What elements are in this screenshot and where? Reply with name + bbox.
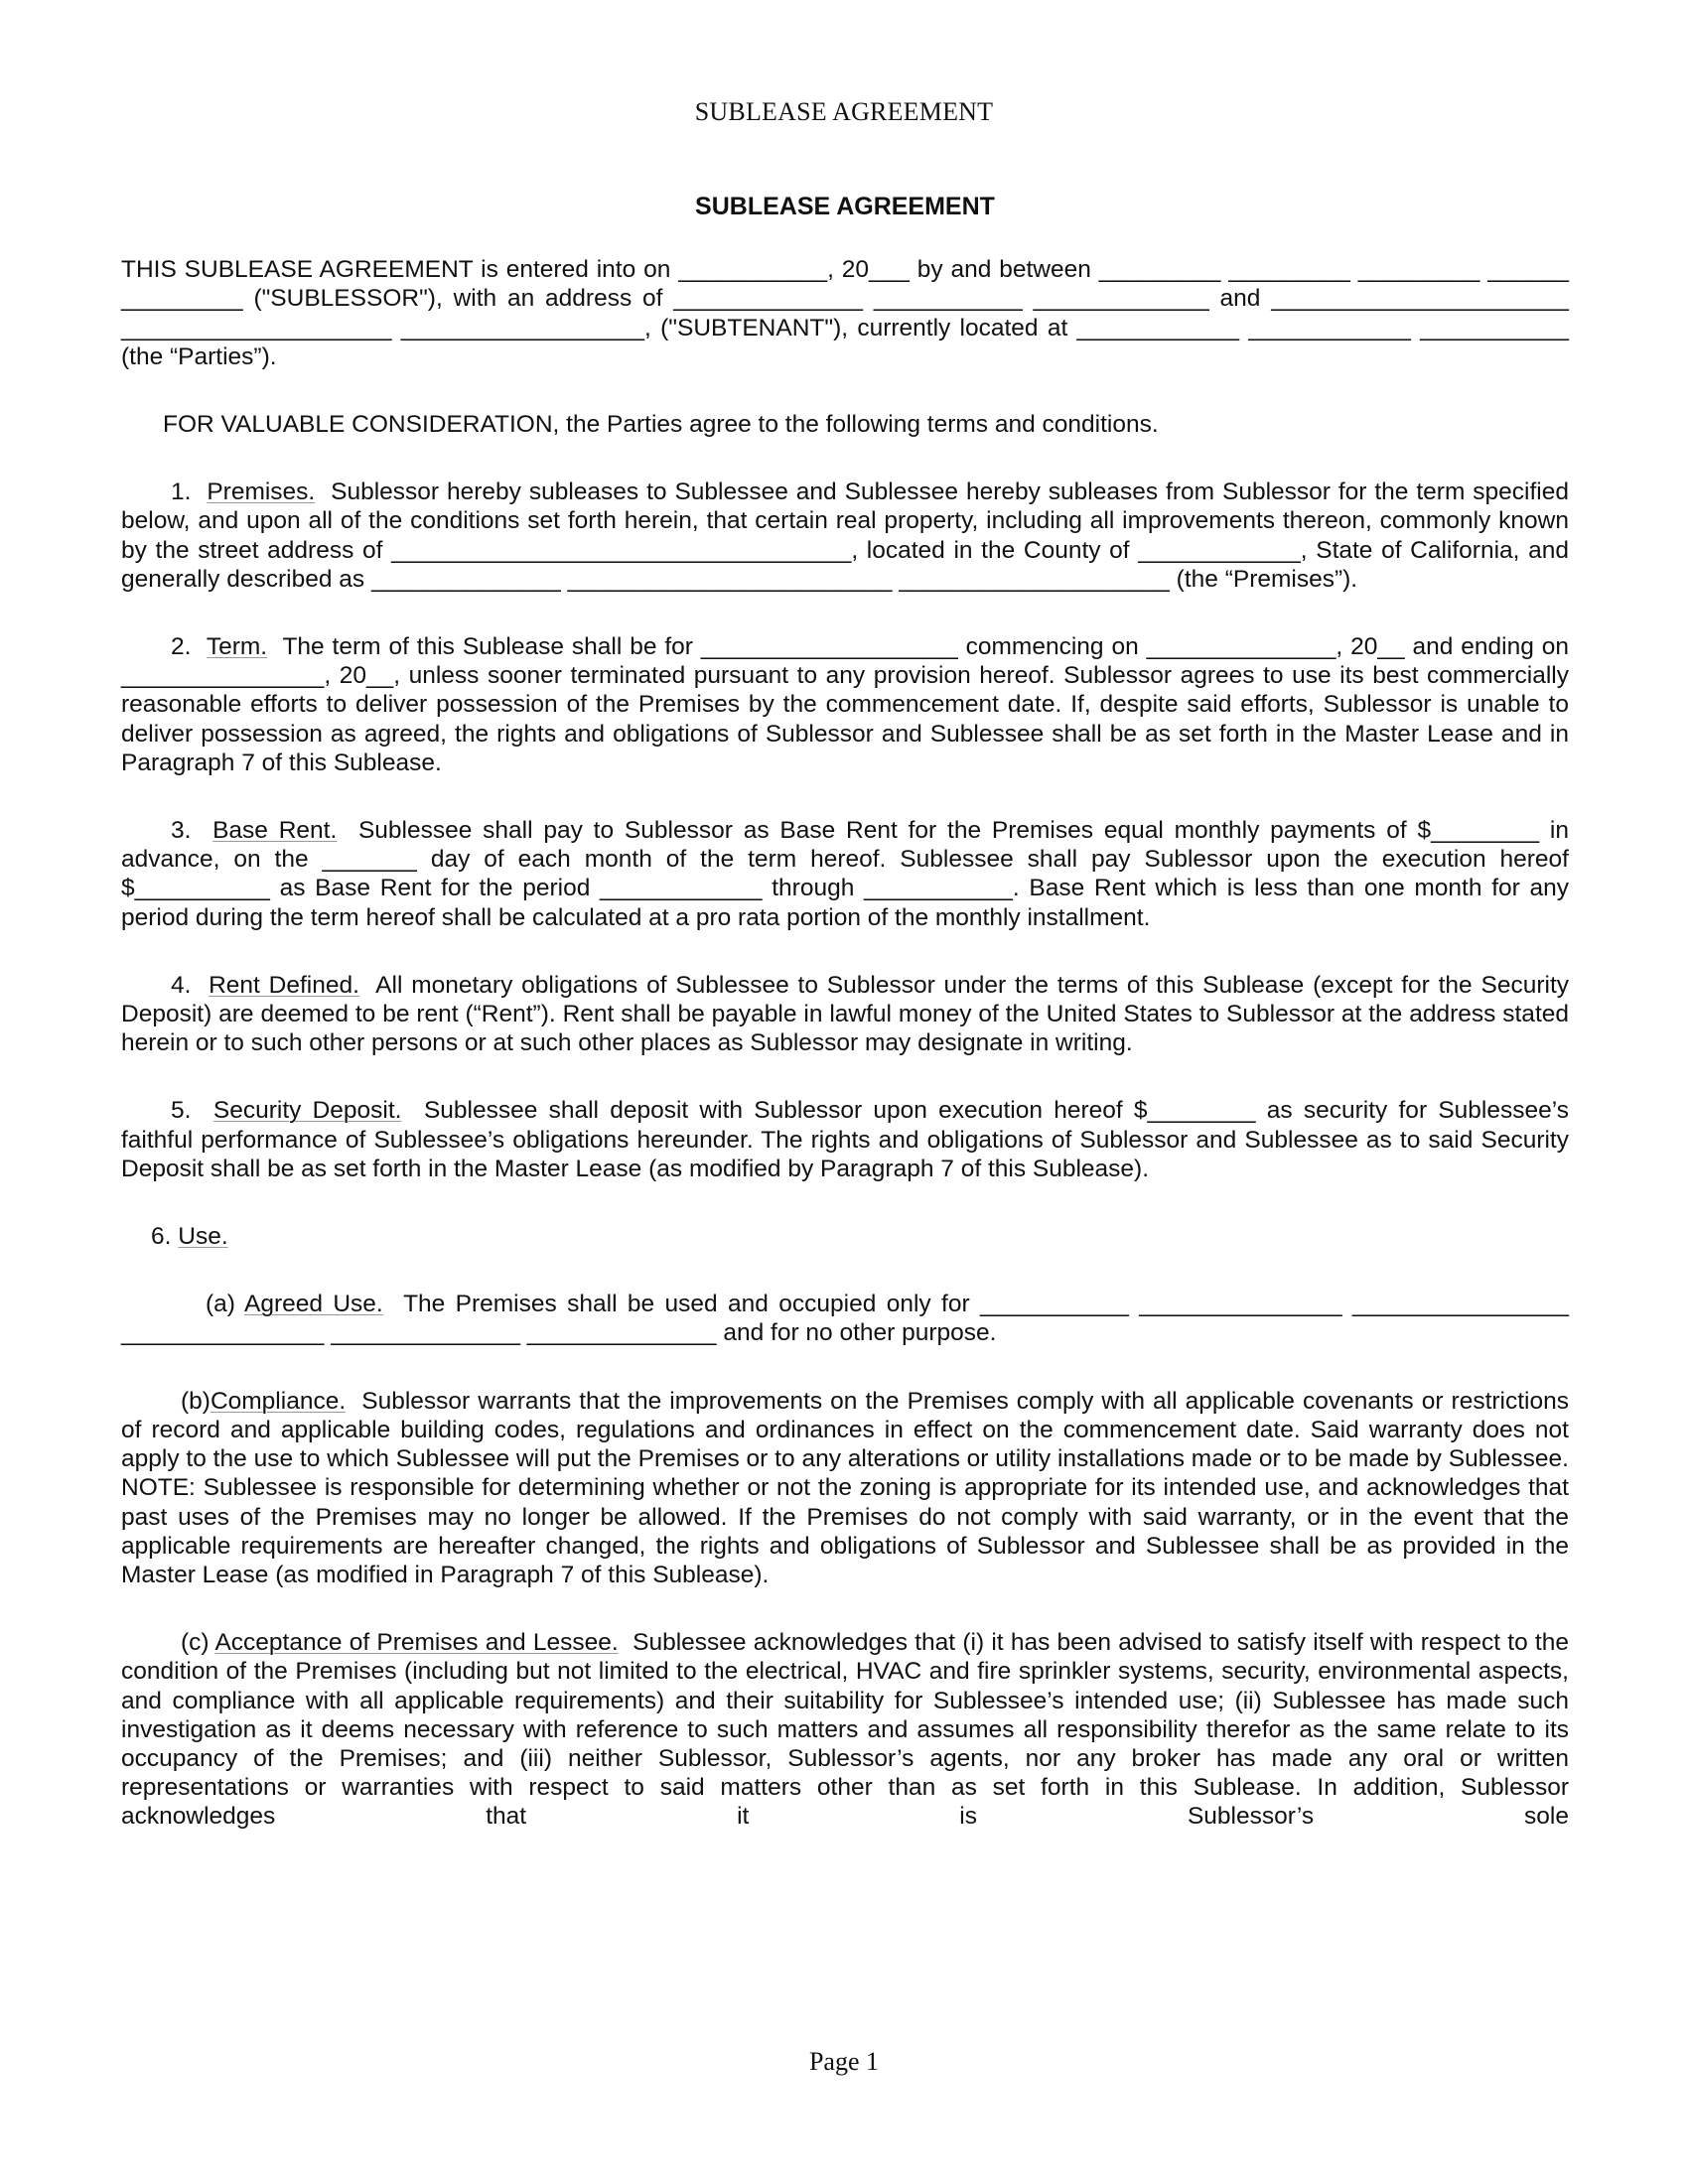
section-heading: Premises. <box>207 478 315 505</box>
subsection-text: Sublessor warrants that the improvements… <box>121 1388 1569 1588</box>
section-text: Sublessee shall pay to Sublessor as Base… <box>121 817 1569 931</box>
section-use: 6. Use. <box>121 1222 1569 1251</box>
consideration-paragraph: FOR VALUABLE CONSIDERATION, the Parties … <box>121 410 1569 439</box>
section-premises: 1. Premises. Sublessor hereby subleases … <box>121 478 1569 594</box>
subsection-heading: Agreed Use. <box>244 1291 383 1317</box>
section-heading: Security Deposit. <box>213 1097 402 1124</box>
section-number: 5. <box>171 1097 191 1124</box>
section-number: 2. <box>171 633 191 660</box>
section-security-deposit: 5. Security Deposit. Sublessee shall dep… <box>121 1096 1569 1183</box>
subsection-label: (b) <box>181 1388 211 1415</box>
section-text: Sublessor hereby subleases to Sublessee … <box>121 478 1569 593</box>
document-title: SUBLEASE AGREEMENT <box>121 193 1569 221</box>
section-heading: Base Rent. <box>212 817 337 844</box>
subsection-agreed-use: (a) Agreed Use. The Premises shall be us… <box>121 1290 1569 1347</box>
section-rent-defined: 4. Rent Defined. All monetary obligation… <box>121 971 1569 1058</box>
section-base-rent: 3. Base Rent. Sublessee shall pay to Sub… <box>121 816 1569 932</box>
page-number: Page 1 <box>0 2047 1688 2077</box>
section-heading: Use. <box>178 1223 227 1250</box>
section-heading: Term. <box>207 633 267 660</box>
document-body: SUBLEASE AGREEMENT THIS SUBLEASE AGREEME… <box>121 189 1569 1832</box>
section-number: 1. <box>171 478 191 505</box>
subsection-text: Sublessee acknowledges that (i) it has b… <box>121 1629 1569 1830</box>
section-term: 2. Term. The term of this Sublease shall… <box>121 632 1569 777</box>
section-number: 6. <box>151 1223 171 1250</box>
intro-paragraph: THIS SUBLEASE AGREEMENT is entered into … <box>121 255 1569 371</box>
running-header: SUBLEASE AGREEMENT <box>0 97 1688 127</box>
subsection-label: (a) <box>206 1291 235 1317</box>
subsection-acceptance: (c) Acceptance of Premises and Lessee. S… <box>121 1628 1569 1831</box>
subsection-heading: Acceptance of Premises and Lessee. <box>214 1629 618 1656</box>
section-number: 3. <box>171 817 191 844</box>
section-heading: Rent Defined. <box>209 972 359 999</box>
subsection-heading: Compliance. <box>211 1388 346 1415</box>
section-text: The term of this Sublease shall be for _… <box>121 633 1569 776</box>
subsection-compliance: (b)Compliance. Sublessor warrants that t… <box>121 1387 1569 1589</box>
subsection-label: (c) <box>181 1629 210 1656</box>
section-number: 4. <box>171 972 191 999</box>
